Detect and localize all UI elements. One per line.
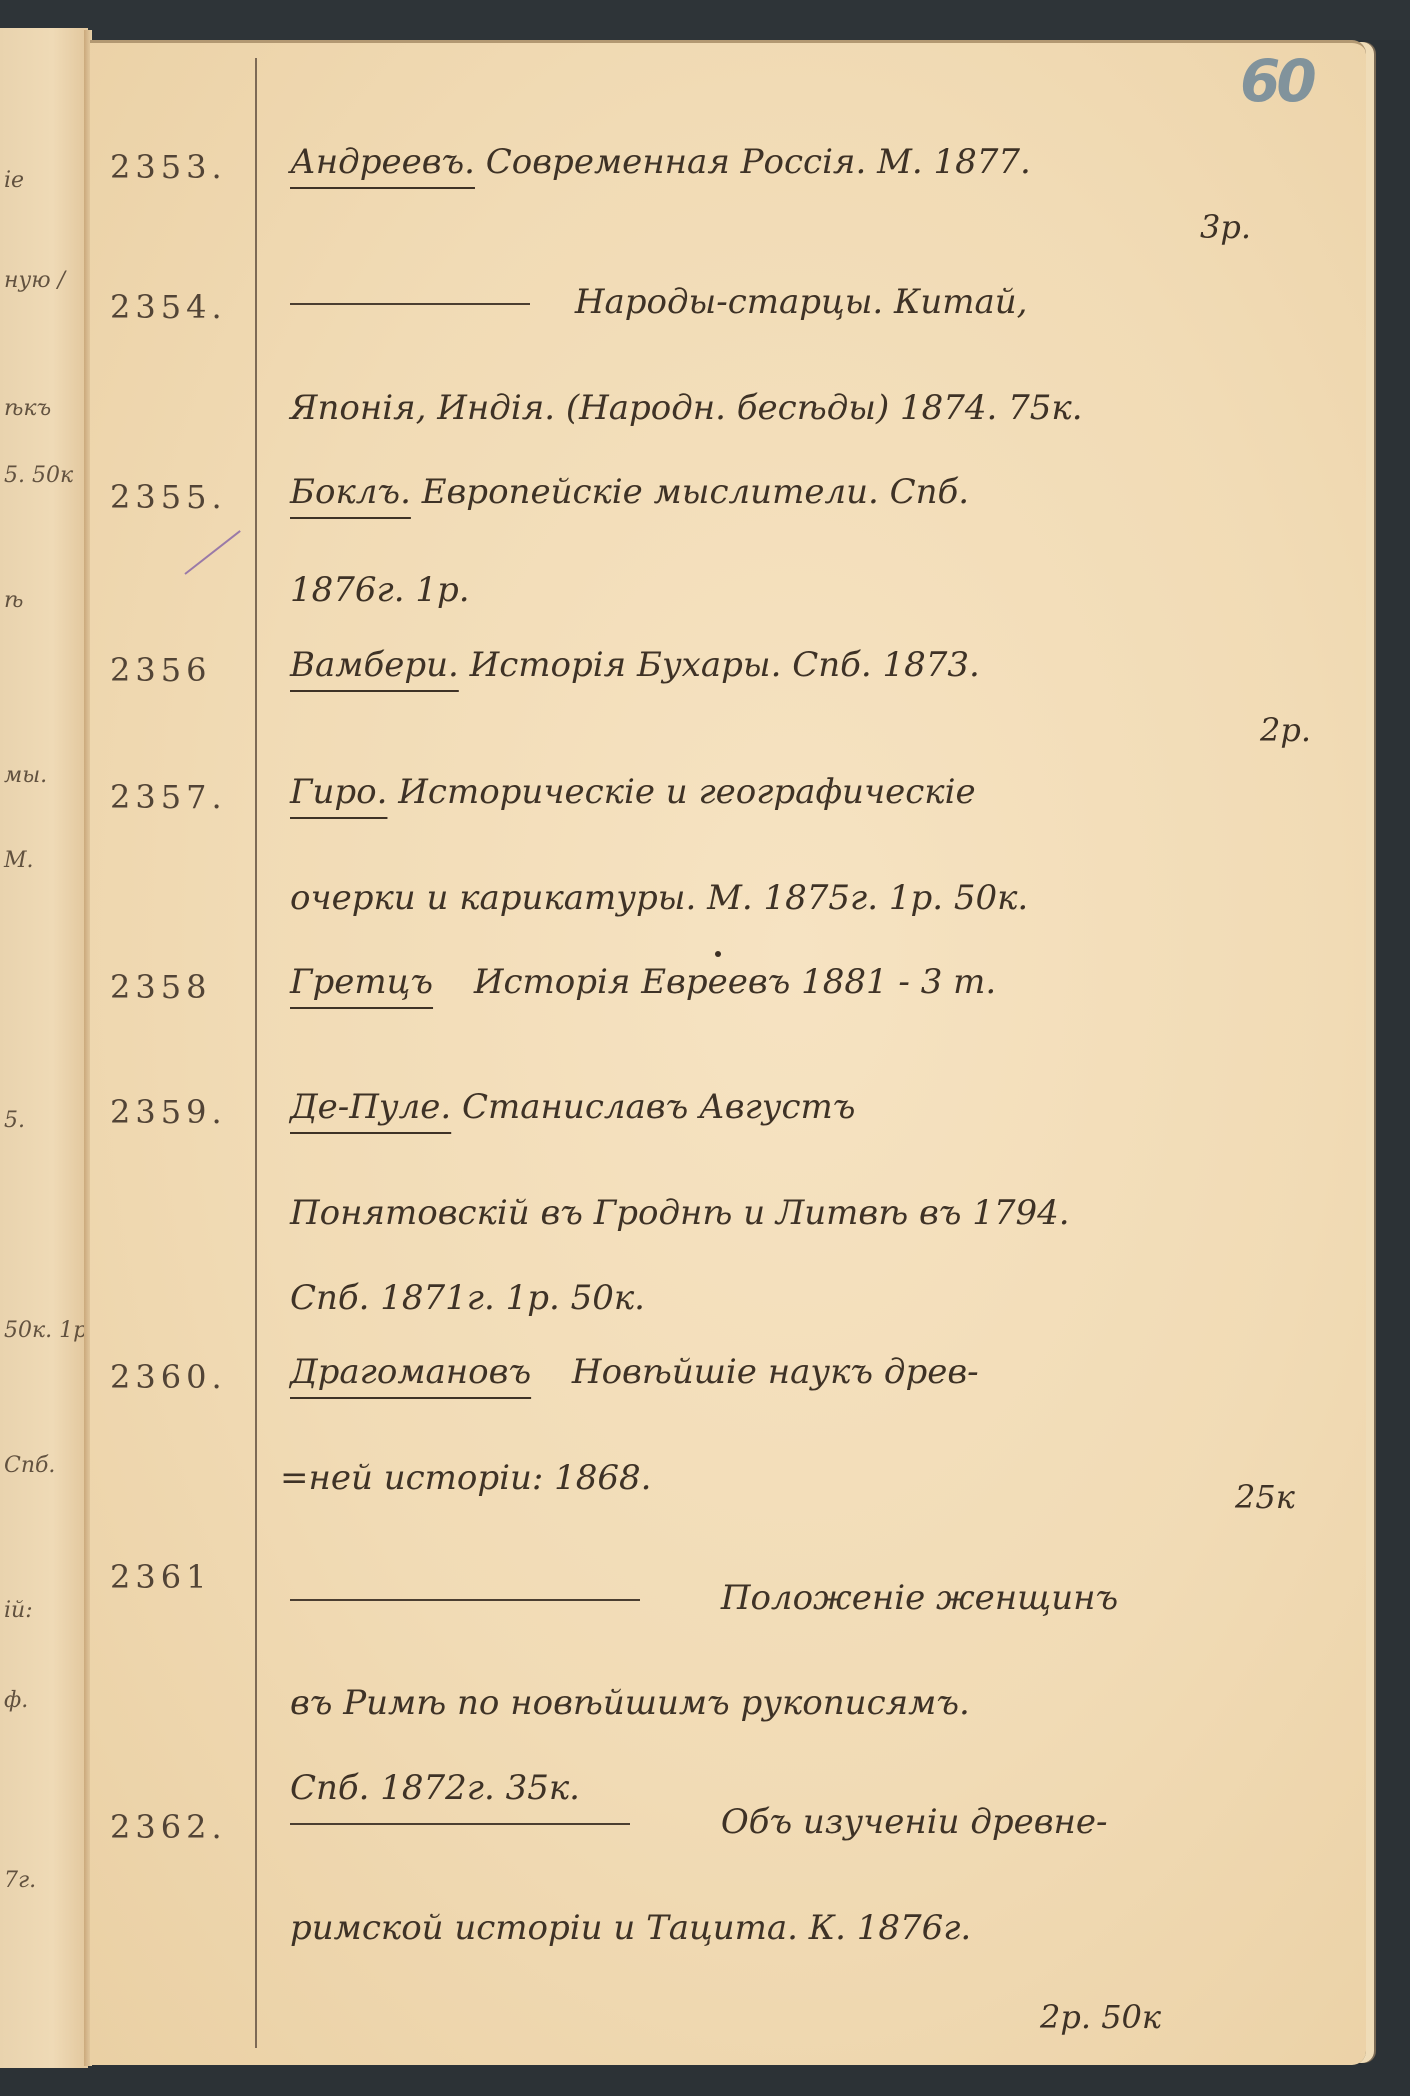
entry-author: Боклъ.: [290, 472, 411, 512]
entry-text: Исторія Евреевъ 1881 - 3 т.: [474, 962, 996, 1002]
entry-text: Историческіе и географическіе: [398, 772, 975, 812]
left-page-fragment: іе: [4, 168, 24, 193]
left-page-fragment: ную /: [4, 268, 65, 293]
left-page-fragment: 50к. 1р.: [4, 1318, 94, 1343]
entry-price: 3р.: [1200, 208, 1251, 246]
entry-text: римской исторіи и Тацита. К. 1876г.: [290, 1908, 971, 1948]
entry-price: 2р. 50к: [1040, 1998, 1161, 2036]
entry-number: 2356: [110, 651, 211, 689]
left-page-fragment: 5. 50к: [4, 463, 73, 488]
left-page-fragment: ф.: [4, 1688, 28, 1713]
left-page-fragment: М.: [4, 848, 34, 873]
entry-author: Гиро.: [290, 772, 387, 812]
left-page-fragment: 7г.: [4, 1868, 36, 1893]
ditto-dash: [290, 1599, 640, 1601]
entry-author: Драгомановъ: [290, 1352, 531, 1392]
entry-text: въ Римѣ по новѣйшимъ рукописямъ.: [290, 1683, 970, 1723]
entry-author: Андреевъ.: [290, 142, 475, 182]
margin-rule: [255, 58, 257, 2048]
entry-text: Понятовскій въ Гроднѣ и Литвѣ въ 1794.: [290, 1193, 1070, 1233]
entry-number: 2358: [110, 968, 211, 1006]
entry-text: очерки и карикатуры. М. 1875г. 1р. 50к.: [290, 878, 1028, 918]
entry-number: 2357.: [110, 778, 227, 816]
scan-background: [0, 0, 1410, 40]
entry-text: Положеніе женщинъ: [721, 1578, 1118, 1618]
ditto-dash: [290, 1823, 630, 1825]
entry-author: Де-Пуле.: [290, 1087, 451, 1127]
entry-text: Исторія Бухары. Спб. 1873.: [470, 645, 980, 685]
entry-number: 2355.: [110, 478, 227, 516]
ledger-page: 60 2353. Андреевъ. Современная Россія. М…: [90, 40, 1366, 2065]
entry-number: 2361: [110, 1558, 211, 1596]
entry-author: Гретцъ: [290, 962, 433, 1002]
left-page-fragment: мы.: [4, 763, 47, 788]
entry-text: Спб. 1871г. 1р. 50к.: [290, 1278, 645, 1318]
left-page-edge: іе ную / ѣкъ 5. 50к ѣ мы. М. 5. 50к. 1р.…: [0, 28, 88, 2068]
entry-number: 2362.: [110, 1808, 227, 1846]
entry-number: 2354.: [110, 288, 227, 326]
entry-text: Европейскіе мыслители. Спб.: [422, 472, 969, 512]
entry-text: Японія, Индія. (Народн. бесѣды) 1874. 75…: [290, 388, 1083, 428]
entry-number: 2359.: [110, 1093, 227, 1131]
entry-text: Станиславъ Августъ: [462, 1087, 855, 1127]
ditto-dash: [290, 303, 530, 305]
ink-dot: [715, 951, 721, 957]
entry-text: Новѣйшіе наукъ древ-: [572, 1352, 979, 1392]
left-page-fragment: Спб.: [4, 1453, 55, 1478]
entry-number: 2360.: [110, 1358, 227, 1396]
entry-text: =ней исторіи: 1868.: [280, 1458, 652, 1498]
entry-text: Народы-старцы. Китай,: [575, 282, 1028, 322]
entry-text: 1876г. 1р.: [290, 570, 470, 610]
entry-price: 25к: [1235, 1478, 1295, 1516]
entry-price: 2р.: [1260, 711, 1311, 749]
entry-number: 2353.: [110, 148, 227, 186]
entry-text: Современная Россія. М. 1877.: [486, 142, 1031, 182]
violet-pencil-mark: [184, 530, 240, 575]
left-page-fragment: 5.: [4, 1108, 25, 1133]
entry-text: Объ изученіи древне-: [721, 1802, 1108, 1842]
entry-author: Вамбери.: [290, 645, 459, 685]
left-page-fragment: ій:: [4, 1598, 33, 1623]
left-page-fragment: ѣкъ: [4, 396, 51, 421]
page-number: 60: [1240, 47, 1313, 115]
left-page-fragment: ѣ: [4, 588, 23, 613]
